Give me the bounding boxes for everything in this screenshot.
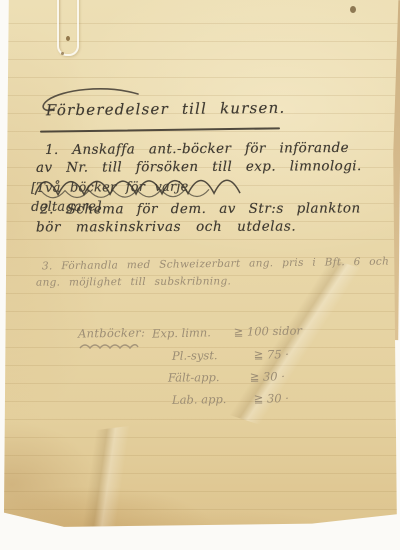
rust-speck: [61, 52, 64, 55]
scanned-document: Förberedelser till kursen. 1. Anskaffa a…: [0, 0, 400, 550]
paper-clip-imprint: [57, 0, 79, 56]
wavy-underline: [78, 342, 140, 352]
table-row-value: ≧ 30 ·: [250, 369, 285, 383]
table-row-name: Exp. limn.: [152, 325, 230, 341]
item3-line2: ang. möjlighet till subskribning.: [36, 275, 231, 288]
crossed-out-line: [Två böcker för varje deltagare]: [31, 175, 246, 203]
table-row-value: ≧ 30 ·: [254, 391, 289, 405]
item1-line1: 1. Anskaffa ant.-böcker för införande: [45, 140, 349, 158]
table-row-name: Fält-app.: [168, 370, 246, 385]
paper-sheet: Förberedelser till kursen. 1. Anskaffa a…: [0, 0, 400, 550]
item2-line2: bör maskinskrivas och utdelas.: [36, 219, 296, 236]
table-row: Pl.-syst. ≧ 75 ·: [172, 347, 289, 363]
item2-line1: 2. Schema för dem. av Str:s plankton: [40, 200, 361, 217]
table-row-value: ≧ 75 ·: [254, 347, 289, 361]
table-row-name: Pl.-syst.: [172, 348, 250, 363]
table-row: Fält-app. ≧ 30 ·: [168, 369, 285, 384]
table-row: Lab. app. ≧ 30 ·: [172, 391, 289, 407]
notes-table-label: Antböcker:: [78, 325, 145, 340]
scribble-strikethrough: [31, 169, 246, 203]
rust-speck: [66, 36, 70, 41]
document-title: Förberedelser till kursen.: [46, 99, 286, 120]
table-row-value: ≧ 100 sidor: [234, 323, 303, 338]
table-row-name: Lab. app.: [172, 392, 250, 407]
rust-spot: [350, 6, 356, 13]
